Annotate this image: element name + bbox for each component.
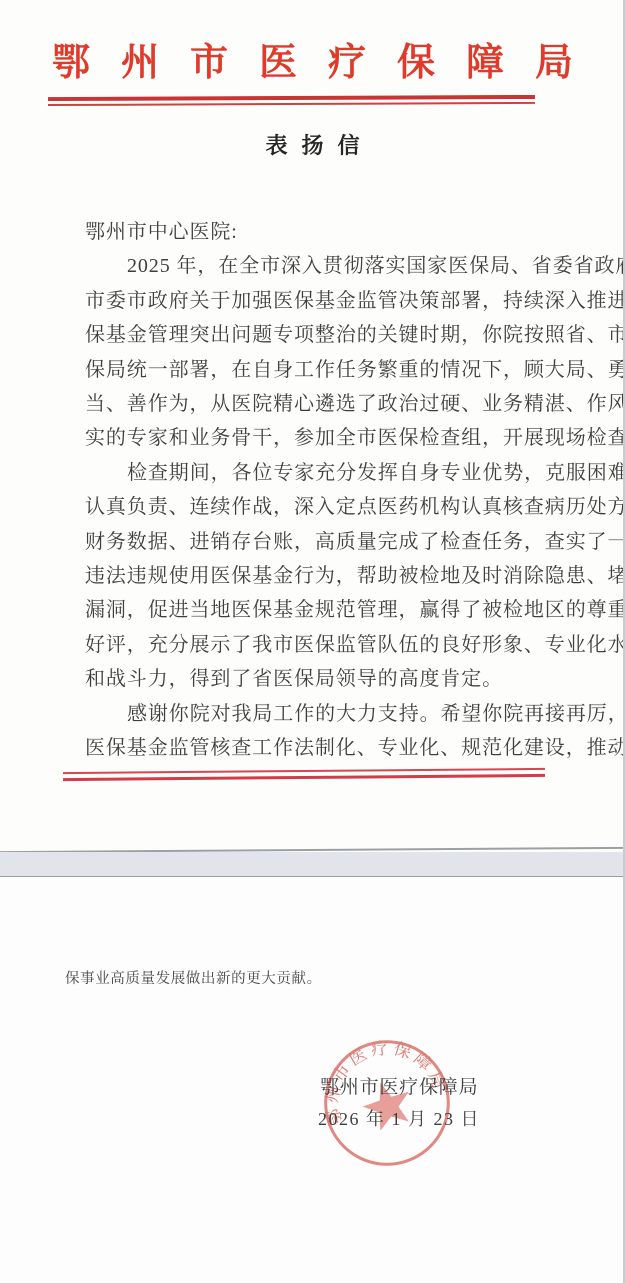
letter-title: 表扬信 — [0, 131, 625, 161]
official-seal-stamp: 鄂州市医疗保障局 — [321, 1037, 453, 1169]
body-line: 和战斗力，得到了省医保局领导的高度肯定。 — [85, 662, 555, 696]
letter-page-1: 鄂州市医疗保障局 表扬信 鄂州市中心医院: 2025 年，在全市深入贯彻落实国家… — [0, 0, 625, 851]
page-separator — [0, 852, 625, 877]
signature-date: 2026 年 1 月 23 日 — [318, 1105, 480, 1131]
salutation: 鄂州市中心医院: — [85, 215, 555, 249]
body-line: 好评，充分展示了我市医保监管队伍的良好形象、专业化水平 — [85, 628, 555, 662]
body-line: 财务数据、进销存台账，高质量完成了检查任务，查实了一批 — [85, 525, 555, 559]
body-line: 医保基金监管核查工作法制化、专业化、规范化建设，推动医 — [85, 731, 555, 765]
body-line: 漏洞，促进当地医保基金规范管理，赢得了被检地区的尊重和 — [85, 593, 555, 627]
page-footer-rule — [63, 768, 545, 781]
body-line: 违法违规使用医保基金行为，帮助被检地及时消除隐患、堵塞 — [85, 559, 555, 593]
body-line: 2025 年，在全市深入贯彻落实国家医保局、省委省政府、 — [85, 249, 555, 283]
body-line: 认真负责、连续作战，深入定点医药机构认真核查病历处方、 — [85, 490, 555, 524]
body-paragraph-lines: 2025 年，在全市深入贯彻落实国家医保局、省委省政府、市委市政府关于加强医保基… — [85, 249, 555, 765]
body-line: 保基金管理突出问题专项整治的关键时期，你院按照省、市医 — [85, 318, 555, 352]
body-line: 保局统一部署，在自身工作任务繁重的情况下，顾大局、勇担 — [85, 353, 555, 387]
body-line: 感谢你院对我局工作的大力支持。希望你院再接再厉，为 — [85, 697, 555, 731]
signature-agency: 鄂州市医疗保障局 — [320, 1072, 478, 1099]
body-line: 检查期间，各位专家充分发挥自身专业优势，克服困难、 — [85, 456, 555, 490]
letter-body: 鄂州市中心医院: 2025 年，在全市深入贯彻落实国家医保局、省委省政府、市委市… — [85, 215, 555, 766]
body-line: 实的专家和业务骨干，参加全市医保检查组，开展现场检查。 — [85, 421, 555, 455]
body-line: 市委市政府关于加强医保基金监管决策部署，持续深入推进医 — [85, 284, 555, 318]
continuation-line: 保事业高质量发展做出新的更大贡献。 — [65, 969, 322, 989]
body-line: 当、善作为，从医院精心遴选了政治过硬、业务精湛、作风扎 — [85, 387, 555, 421]
scanned-letter: 鄂州市医疗保障局 表扬信 鄂州市中心医院: 2025 年，在全市深入贯彻落实国家… — [0, 0, 625, 1283]
agency-letterhead: 鄂州市医疗保障局 — [0, 41, 625, 85]
letterhead-rule — [48, 95, 535, 106]
letter-page-2: 保事业高质量发展做出新的更大贡献。 鄂州市医疗保障局 鄂州市医疗保障局 2026… — [0, 877, 625, 1283]
